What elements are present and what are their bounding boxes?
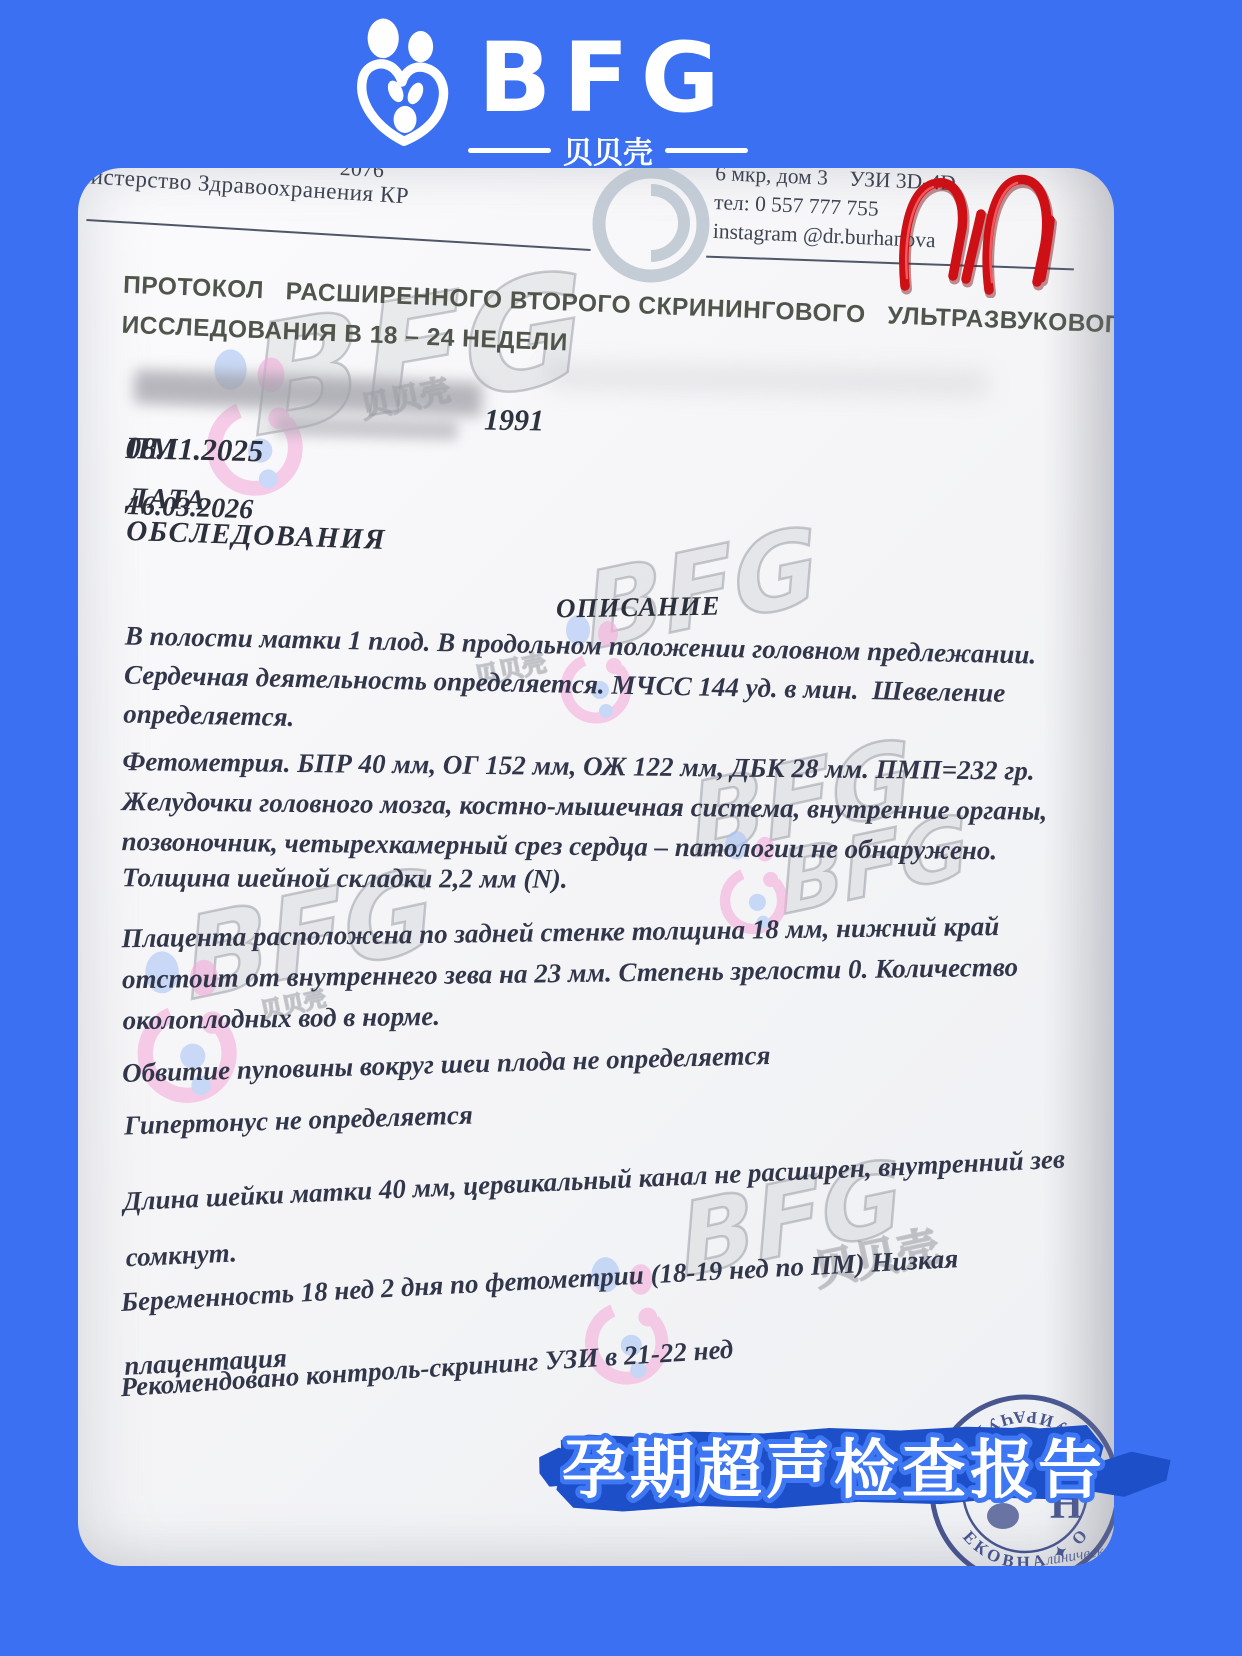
exam-date: 16.03.2026 [127,490,254,526]
redacted-name-2 [274,415,458,440]
paragraph-placenta: Плацента расположена по задней стенке то… [121,906,1019,1041]
brand-header: BFG 贝贝壳 [0,0,1242,168]
brand-subtitle: 贝贝壳 [468,128,748,172]
paragraph-hypertonus: Гипертонус не определяется [123,1095,473,1146]
page-curl-shadow [1044,168,1114,1566]
redacted-name [133,369,482,416]
subtitle-dash-left [468,148,551,153]
brand-wordmark: BFG [478,22,732,134]
bfg-family-icon [352,16,456,148]
promo-page: BFG 贝贝壳 BFG 贝贝壳 BFG 贝贝壳 BFG BFG [0,0,1242,1656]
clinic-logo-watermark [576,168,726,302]
caption: 孕期超声检查报告 [560,1420,1108,1520]
ultrasound-report-photo: BFG 贝贝壳 BFG 贝贝壳 BFG BFG BFG 贝贝壳 BFG 贝贝壳 … [78,168,1114,1566]
subtitle-dash-right [665,148,748,153]
red-paperclip [893,148,1068,298]
brand-chinese-name: 贝贝壳 [563,128,653,172]
pm-date: 08.11.2025 [125,430,264,469]
left-underline [86,219,590,251]
birth-year: 1991 [484,403,545,438]
paragraph-fetus-position: В полости матки 1 плод. В продольном пол… [123,616,1037,752]
paragraph-cord: Обвитие пуповины вокруг шеи плода не опр… [122,1035,771,1093]
section-heading: ОПИСАНИЕ [556,591,721,625]
paragraph-fetometry: Фетометрия. БПР 40 мм, ОГ 152 мм, ОЖ 122… [121,741,1048,871]
caption-text: 孕期超声检查报告 [562,1434,1106,1508]
paragraph-nuchal-fold: Толщина шейной складки 2,2 мм (N). [122,857,568,899]
